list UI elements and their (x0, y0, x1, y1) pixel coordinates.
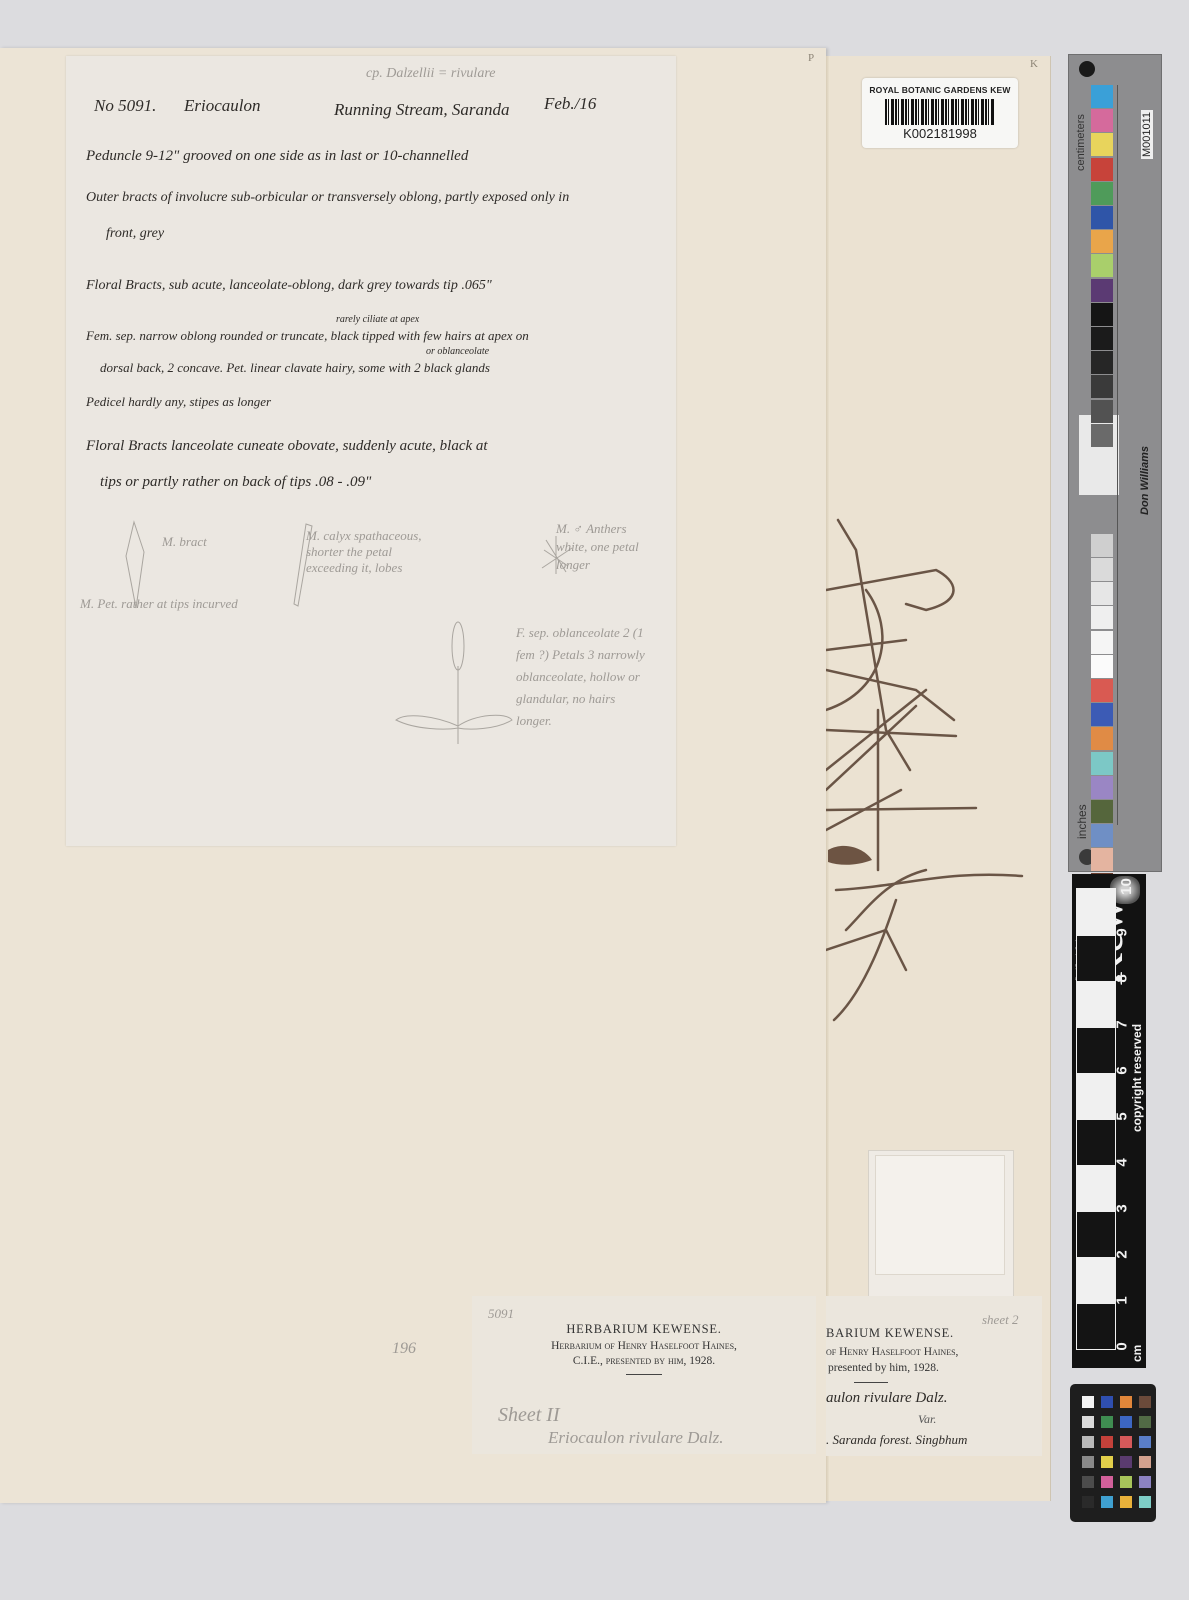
scale-segment (1076, 980, 1116, 1028)
color-chip (1101, 1476, 1113, 1488)
note-line-peduncle: Peduncle 9-12" grooved on one side as in… (86, 148, 468, 165)
colorbar-divider (1117, 85, 1118, 825)
taxon-variety: Var. (918, 1412, 936, 1427)
herbarium-label-sheet-1: sheet 2 BARIUM KEWENSE. of Henry Haselfo… (826, 1296, 1042, 1456)
color-swatch (1091, 703, 1113, 726)
corner-mark-left: P (808, 52, 814, 64)
color-swatch (1091, 279, 1113, 302)
sketch-label-bract: M. bract (162, 534, 207, 550)
scale-segment (1076, 1026, 1116, 1074)
taxon-name: Eriocaulon rivulare Dalz. (548, 1428, 724, 1448)
color-chip (1101, 1416, 1113, 1428)
scale-segment (1076, 934, 1116, 982)
color-swatch (1091, 606, 1113, 629)
color-chip (1082, 1456, 1094, 1468)
color-swatch (1091, 85, 1113, 108)
sketch-label-calyx: M. calyx spathaceous, shorter the petal … (306, 528, 446, 576)
sheet-note: sheet 2 (982, 1312, 1018, 1328)
color-chip (1082, 1396, 1094, 1408)
color-swatch (1091, 206, 1113, 229)
note-line-tips: tips or partly rather on back of tips .0… (100, 474, 371, 491)
barcode-label: ROYAL BOTANIC GARDENS KEW K002181998 (862, 78, 1018, 148)
scale-tick-label: 7 (1114, 1020, 1131, 1028)
color-swatch (1091, 400, 1113, 423)
color-swatch (1091, 351, 1113, 374)
locality: Running Stream, Saranda (334, 100, 510, 120)
note-line-floral-bracts: Floral Bracts, sub acute, lanceolate-obl… (86, 278, 492, 294)
color-swatch (1091, 800, 1113, 823)
scale-segment (1076, 1256, 1116, 1304)
color-swatch (1091, 158, 1113, 181)
scale-segment (1076, 1072, 1116, 1120)
herbarium-label-sheet-2: 5091 HERBARIUM KEWENSE. Herbarium of Hen… (472, 1296, 816, 1454)
note-line-outer-bracts: Outer bracts of involucre sub-orbicular … (86, 190, 569, 206)
color-chip (1139, 1456, 1151, 1468)
color-chip (1139, 1396, 1151, 1408)
field-notes-paper: cp. Dalzellii = rivulare No 5091. Erioca… (66, 56, 676, 846)
corner-mark-right: K (1030, 58, 1038, 70)
packet-flap (875, 1155, 1005, 1275)
scale-tick-label: 4 (1114, 1158, 1131, 1166)
color-swatch (1091, 327, 1113, 350)
label-divider (854, 1382, 888, 1383)
barcode-number: K002181998 (862, 126, 1018, 141)
label-divider (626, 1374, 662, 1375)
sketch-label-female: F. sep. oblanceolate 2 (1 fem ?) Petals … (516, 622, 646, 732)
scale-segment (1076, 1118, 1116, 1166)
color-swatch (1091, 303, 1113, 326)
pencil-header: cp. Dalzellii = rivulare (366, 66, 495, 82)
colorbar-id: M001011 (1141, 110, 1153, 159)
color-chip (1139, 1476, 1151, 1488)
color-swatch (1091, 558, 1113, 581)
color-swatch (1091, 727, 1113, 750)
scale-unit: cm (1130, 1345, 1144, 1362)
note-line-outer-bracts-cont: front, grey (106, 226, 164, 242)
color-swatch (1091, 375, 1113, 398)
scale-tick-label: 10 (1118, 878, 1135, 895)
note-line-floral-bracts-2: Floral Bracts lanceolate cuneate obovate… (86, 438, 488, 455)
color-chip (1101, 1456, 1113, 1468)
note-line-petals: dorsal back, 2 concave. Pet. linear clav… (100, 360, 490, 376)
color-swatch (1091, 133, 1113, 156)
color-chip (1120, 1416, 1132, 1428)
color-swatch (1091, 230, 1113, 253)
scale-tick-label: 6 (1114, 1066, 1131, 1074)
color-chip (1139, 1416, 1151, 1428)
scale-tick-label: 8 (1114, 974, 1131, 982)
color-swatch (1091, 182, 1113, 205)
plant-specimen (826, 510, 1026, 1050)
scale-tick-label: 5 (1114, 1112, 1131, 1120)
color-swatch (1091, 848, 1113, 871)
label-collector: of Henry Haselfoot Haines, (826, 1346, 958, 1358)
color-swatch (1091, 631, 1113, 654)
scale-tick-label: 0 (1114, 1342, 1131, 1350)
color-chip (1139, 1436, 1151, 1448)
sheet-number: Sheet II (498, 1404, 560, 1427)
color-checker-card (1070, 1384, 1156, 1522)
color-swatch (1091, 534, 1113, 557)
sketch-label-anthers: M. ♂ Anthers white, one petal longer (556, 520, 652, 574)
color-chip (1120, 1476, 1132, 1488)
label-centimeters: centimeters (1075, 114, 1087, 171)
scale-segment (1076, 1210, 1116, 1258)
color-swatch (1091, 109, 1113, 132)
scale-segment (1076, 1302, 1116, 1350)
taxon-name: aulon rivulare Dalz. (826, 1390, 948, 1407)
copyright-notice: copyright reserved (1130, 1024, 1144, 1132)
color-chip (1120, 1456, 1132, 1468)
collection-locality: . Saranda forest. Singbhum (826, 1432, 967, 1448)
color-calibration-bar: centimeters inches M001011 Don Williams (1068, 54, 1162, 872)
colorbar-hole-top (1079, 61, 1095, 77)
color-chip (1120, 1396, 1132, 1408)
sketch-label-petal: M. Pet. rather at tips incurved (80, 596, 238, 612)
scale-segment (1076, 888, 1116, 936)
stray-number: 196 (392, 1340, 416, 1358)
color-chip (1120, 1436, 1132, 1448)
color-chip (1101, 1436, 1113, 1448)
specimen-packet (868, 1150, 1014, 1300)
color-swatch (1091, 424, 1113, 447)
color-chip (1101, 1396, 1113, 1408)
color-chip (1082, 1476, 1094, 1488)
color-swatch (1091, 655, 1113, 678)
label-presented: presented by him, 1928. (828, 1362, 939, 1374)
label-title: BARIUM KEWENSE. (826, 1326, 954, 1341)
color-chip (1082, 1436, 1094, 1448)
color-swatch (1091, 254, 1113, 277)
institution-name: ROYAL BOTANIC GARDENS KEW (862, 85, 1018, 95)
label-collector: Herbarium of Henry Haselfoot Haines, (472, 1340, 816, 1352)
color-chip (1139, 1496, 1151, 1508)
note-line-pedicel: Pedicel hardly any, stipes as longer (86, 394, 271, 410)
color-chip (1082, 1496, 1094, 1508)
color-swatch (1091, 582, 1113, 605)
color-chip (1082, 1416, 1094, 1428)
scale-tick-label: 2 (1114, 1250, 1131, 1258)
scale-segment (1076, 1164, 1116, 1212)
kew-scale-bar: Kew Royal Botanic Gardens copyright rese… (1072, 874, 1146, 1368)
scale-tick-label: 9 (1114, 928, 1131, 936)
collection-number: No 5091. (94, 96, 156, 116)
barcode-icon (885, 99, 995, 125)
color-swatch (1091, 824, 1113, 847)
scale-tick-label: 1 (1114, 1296, 1131, 1304)
note-superscript-1: rarely ciliate at apex (336, 314, 419, 325)
note-line-female-sepals: Fem. sep. narrow oblong rounded or trunc… (86, 328, 529, 344)
colorbar-brand: Don Williams (1139, 446, 1151, 515)
genus-name: Eriocaulon (184, 96, 261, 116)
color-swatch (1091, 752, 1113, 775)
color-chip (1120, 1496, 1132, 1508)
scale-tick-label: 3 (1114, 1204, 1131, 1212)
label-title: HERBARIUM KEWENSE. (472, 1322, 816, 1337)
collection-date: Feb./16 (544, 94, 596, 114)
color-chip (1101, 1496, 1113, 1508)
label-presented: C.I.E., presented by him, 1928. (472, 1355, 816, 1367)
color-swatch (1091, 679, 1113, 702)
note-superscript-2: or oblanceolate (426, 346, 489, 357)
label-inches: inches (1075, 804, 1089, 839)
pencil-collection-number: 5091 (488, 1306, 514, 1322)
color-swatch (1091, 776, 1113, 799)
